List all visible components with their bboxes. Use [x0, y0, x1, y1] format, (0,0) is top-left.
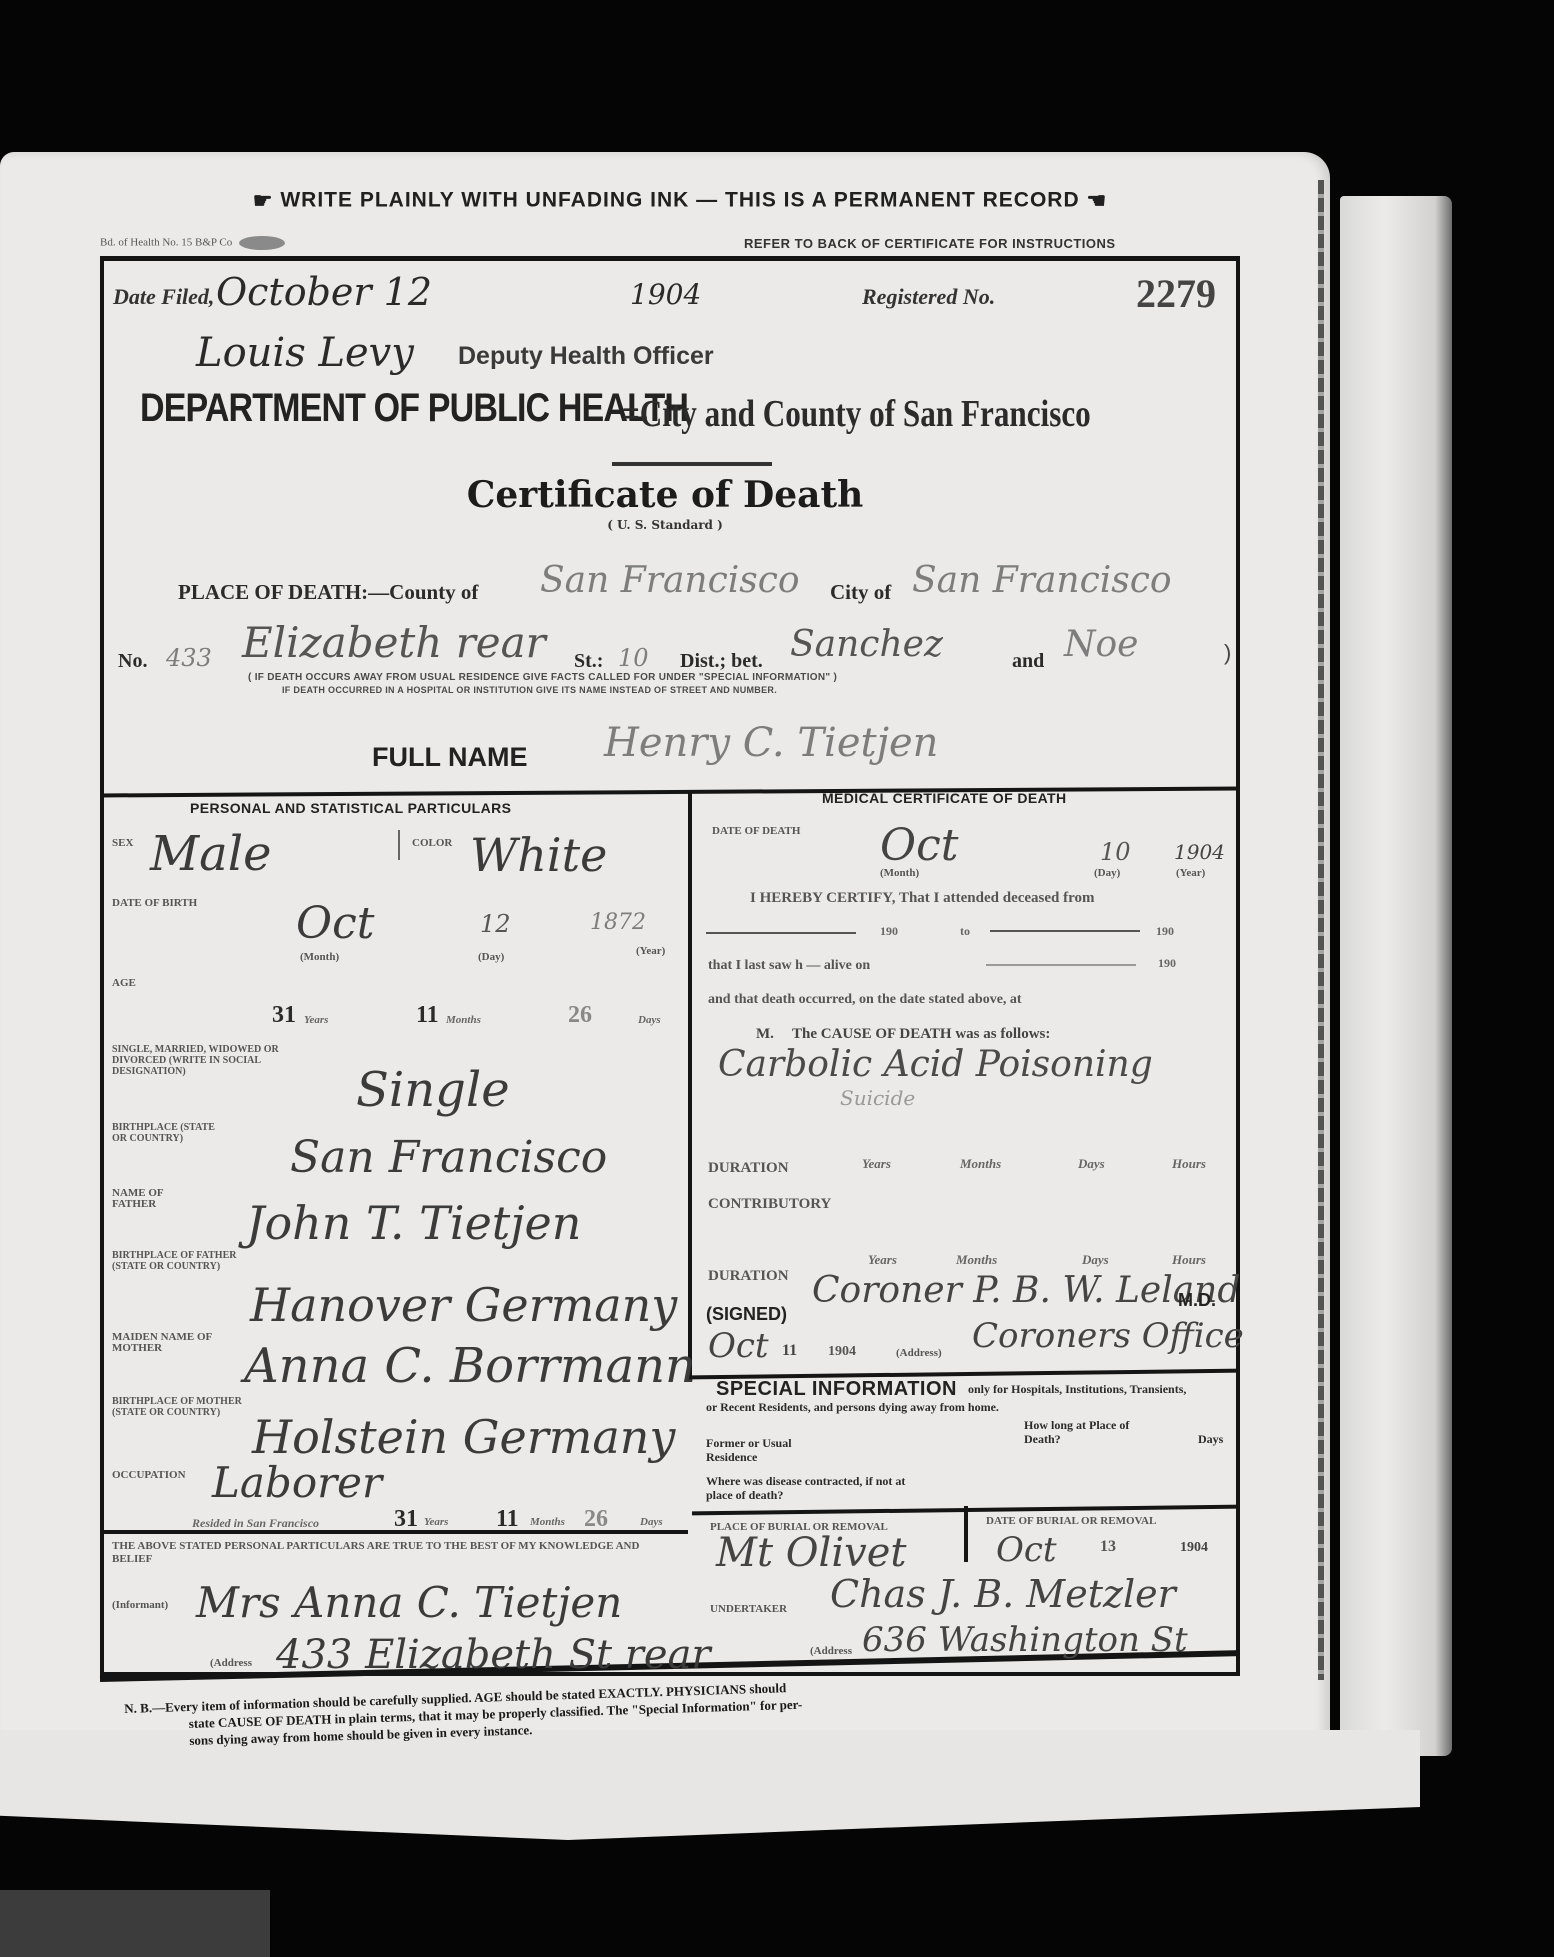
age-months: 11 — [416, 1002, 439, 1029]
county-value: San Francisco — [540, 560, 800, 601]
between-label: Dist.; bet. — [680, 650, 763, 673]
undertaker-address: 636 Washington St — [862, 1620, 1188, 1660]
filing-year: 1904 — [630, 278, 701, 311]
pointing-hand-left-icon: ☚ — [1086, 188, 1107, 214]
duration-label-2: DURATION — [708, 1268, 789, 1285]
hospital-note: IF DEATH OCCURRED IN A HOSPITAL OR INSTI… — [282, 685, 777, 695]
birthplace-value: San Francisco — [290, 1132, 607, 1183]
resided-label: Resided in San Francisco — [192, 1516, 319, 1531]
dob-year: 1872 — [590, 910, 646, 935]
between-street-1: Sanchez — [790, 624, 943, 665]
officer-title: Deputy Health Officer — [458, 342, 714, 371]
resided-years-unit: Years — [424, 1516, 448, 1528]
sex-label: SEX — [112, 838, 133, 849]
dod-day: 10 — [1100, 838, 1131, 866]
from-blank — [706, 932, 856, 934]
resided-years: 31 — [394, 1506, 418, 1533]
how-long-days-label: Days — [1198, 1432, 1223, 1447]
page-binding-edge — [1318, 180, 1324, 1680]
date-filed-value: October 12 — [216, 270, 432, 314]
father-birthplace-value: Hanover Germany — [250, 1278, 677, 1332]
signed-day: 11 — [782, 1342, 797, 1360]
certificate-title: Certificate of Death — [0, 474, 1330, 516]
banner-text: WRITE PLAINLY WITH UNFADING INK — THIS I… — [280, 189, 1079, 212]
age-days: 26 — [568, 1002, 592, 1029]
standard-note: ( U. S. Standard ) — [0, 518, 1330, 532]
column-divider — [688, 790, 692, 1380]
dod-year: 1904 — [1174, 840, 1225, 864]
undertaker-address-label: (Address — [810, 1646, 852, 1657]
father-birthplace-label: BIRTHPLACE OF FATHER (State or Country) — [112, 1250, 242, 1272]
dod-month: Oct — [880, 820, 958, 871]
age-years: 31 — [272, 1002, 296, 1029]
informant-value: Mrs Anna C. Tietjen — [196, 1578, 622, 1627]
mother-label: MAIDEN NAME OF MOTHER — [112, 1332, 242, 1354]
father-value: John T. Tietjen — [246, 1196, 581, 1250]
special-title: SPECIAL INFORMATION — [716, 1378, 957, 1401]
informant-label: (Informant) — [112, 1600, 168, 1611]
mother-value: Anna C. Borrmann — [244, 1338, 696, 1394]
informant-address-label: (Address — [210, 1658, 252, 1669]
certify-line: I HEREBY CERTIFY, That I attended deceas… — [750, 890, 1095, 907]
burial-date-label: DATE of BURIAL or REMOVAL — [986, 1516, 1156, 1527]
printer-text: Bd. of Health No. 15 B&P Co — [100, 237, 232, 249]
father-label: NAME OF FATHER — [112, 1188, 192, 1210]
occurred-line: and that death occurred, on the date sta… — [708, 992, 1022, 1008]
signed-label: (SIGNED) — [706, 1304, 787, 1325]
m-label: M. — [756, 1026, 774, 1043]
between-street-2: Noe — [1064, 624, 1138, 665]
dob-label: DATE OF BIRTH — [112, 898, 197, 909]
personal-section-title: PERSONAL AND STATISTICAL PARTICULARS — [190, 800, 511, 816]
informant-address: 433 Elizabeth St rear — [276, 1632, 711, 1678]
last-saw-blank — [986, 964, 1136, 966]
title-divider — [612, 462, 772, 466]
from-year-prefix: 190 — [880, 924, 898, 939]
burial-year: 1904 — [1180, 1540, 1208, 1556]
last-saw-line: that I last saw h — alive on — [708, 958, 870, 974]
signer-address: Coroners Office — [972, 1316, 1244, 1356]
dob-month: Oct — [296, 898, 374, 949]
burial-month: Oct — [996, 1530, 1057, 1570]
signer-value: Coroner P. B. W. Leland — [812, 1270, 1240, 1311]
adjacent-page-edge — [1340, 196, 1452, 1756]
undertaker-label: UNDERTAKER — [710, 1604, 787, 1615]
to-label: to — [960, 924, 970, 939]
union-label-seal-icon — [239, 236, 285, 250]
to-year-prefix: 190 — [1156, 924, 1174, 939]
date-filed-label: Date Filed, — [113, 284, 214, 310]
dob-day-caption: (Day) — [478, 952, 504, 963]
and-label: and — [1012, 650, 1044, 673]
burial-day: 13 — [1100, 1538, 1116, 1556]
mother-birthplace-label: BIRTHPLACE OF MOTHER (State or Country) — [112, 1396, 242, 1418]
cause-line: The CAUSE OF DEATH was as follows: — [792, 1026, 1050, 1043]
full-name-label: FULL NAME — [372, 742, 528, 773]
instructions-note: REFER TO BACK OF CERTIFICATE FOR INSTRUC… — [744, 236, 1116, 251]
duration-years: Years — [862, 1156, 891, 1172]
resided-months: 11 — [496, 1506, 519, 1533]
scan-shadow — [0, 1890, 270, 1957]
burial-column-divider — [964, 1506, 968, 1562]
age-months-unit: Months — [446, 1014, 481, 1026]
dod-year-caption: (Year) — [1176, 868, 1205, 879]
undertaker-value: Chas J. B. Metzler — [830, 1572, 1176, 1616]
md-label: M.D. — [1178, 1290, 1216, 1311]
dod-day-caption: (Day) — [1094, 868, 1120, 879]
sex-value: Male — [150, 826, 272, 882]
duration-years-2: Years — [868, 1252, 897, 1268]
mother-birthplace-value: Holstein Germany — [252, 1410, 675, 1464]
signer-address-label: (Address) — [896, 1348, 942, 1359]
marital-value: Single — [356, 1062, 510, 1118]
color-label: COLOR — [412, 838, 452, 849]
close-paren: ) — [1224, 640, 1231, 666]
pointing-hand-right-icon: ☛ — [253, 188, 274, 214]
street-no-label: No. — [118, 650, 147, 673]
how-long-label: How long at Place of Death? — [1024, 1418, 1134, 1446]
dod-label: DATE OF DEATH — [712, 826, 800, 837]
duration-days: Days — [1078, 1156, 1105, 1172]
signed-year: 1904 — [828, 1344, 856, 1360]
disease-contracted-label: Where was disease contracted, if not at … — [706, 1474, 906, 1502]
burial-place: Mt Olivet — [716, 1530, 906, 1576]
former-residence-label: Former or Usual Residence — [706, 1436, 816, 1464]
attest-divider — [104, 1530, 688, 1534]
ward-value: 10 — [618, 644, 649, 672]
dod-month-caption: (Month) — [880, 868, 919, 879]
occupation-label: OCCUPATION — [112, 1470, 186, 1481]
city-value: San Francisco — [912, 560, 1172, 601]
birthplace-label: BIRTHPLACE (State or Country) — [112, 1122, 222, 1144]
department-name: DEPARTMENT OF PUBLIC HEALTH — [140, 386, 688, 431]
marital-label: SINGLE, MARRIED, WIDOWED OR DIVORCED (Wr… — [112, 1044, 302, 1077]
contributory-label: CONTRIBUTORY — [708, 1196, 831, 1213]
resided-days: 26 — [584, 1506, 608, 1533]
place-of-death-label: PLACE OF DEATH:—County of — [178, 580, 478, 605]
street-number: 433 — [166, 644, 212, 672]
attest-text: THE ABOVE STATED PERSONAL PARTICULARS AR… — [112, 1540, 682, 1566]
dob-year-caption: (Year) — [636, 946, 665, 957]
age-label: AGE — [112, 978, 136, 989]
duration-days-2: Days — [1082, 1252, 1109, 1268]
color-value: White — [470, 828, 607, 882]
sex-color-divider — [398, 830, 400, 860]
duration-hours-2: Hours — [1172, 1252, 1206, 1268]
street-name: Elizabeth rear — [242, 618, 546, 667]
duration-hours: Hours — [1172, 1156, 1206, 1172]
to-blank — [990, 930, 1140, 932]
resided-months-unit: Months — [530, 1516, 565, 1528]
registered-label: Registered No. — [862, 284, 995, 310]
officer-signature: Louis Levy — [196, 330, 414, 376]
duration-months-2: Months — [956, 1252, 997, 1268]
resided-days-unit: Days — [640, 1516, 663, 1528]
city-label: City of — [830, 580, 891, 605]
signed-month: Oct — [708, 1326, 769, 1366]
banner: ☛ WRITE PLAINLY WITH UNFADING INK — THIS… — [150, 188, 1210, 214]
medical-section-title: MEDICAL CERTIFICATE OF DEATH — [822, 790, 1067, 806]
dob-month-caption: (Month) — [300, 952, 339, 963]
jurisdiction: =City and County of San Francisco — [622, 392, 1091, 436]
age-days-unit: Days — [638, 1014, 661, 1026]
full-name-value: Henry C. Tietjen — [604, 720, 938, 766]
registered-number: 2279 — [1136, 270, 1216, 317]
last-saw-year-prefix: 190 — [1158, 956, 1176, 971]
duration-months: Months — [960, 1156, 1001, 1172]
special-subtitle-a: only for Hospitals, Institutions, Transi… — [968, 1382, 1186, 1397]
ward-label: St.: — [574, 650, 603, 673]
manner-of-death: Suicide — [840, 1086, 915, 1110]
dob-day: 12 — [480, 910, 511, 938]
cause-of-death: Carbolic Acid Poisoning — [718, 1044, 1153, 1085]
age-years-unit: Years — [304, 1014, 328, 1026]
occupation-value: Laborer — [212, 1458, 382, 1507]
printer-line: Bd. of Health No. 15 B&P Co — [100, 236, 289, 250]
special-subtitle-b: or Recent Residents, and persons dying a… — [706, 1400, 999, 1415]
duration-label: DURATION — [708, 1160, 789, 1177]
away-note: ( IF DEATH OCCURS AWAY FROM USUAL RESIDE… — [248, 672, 837, 683]
